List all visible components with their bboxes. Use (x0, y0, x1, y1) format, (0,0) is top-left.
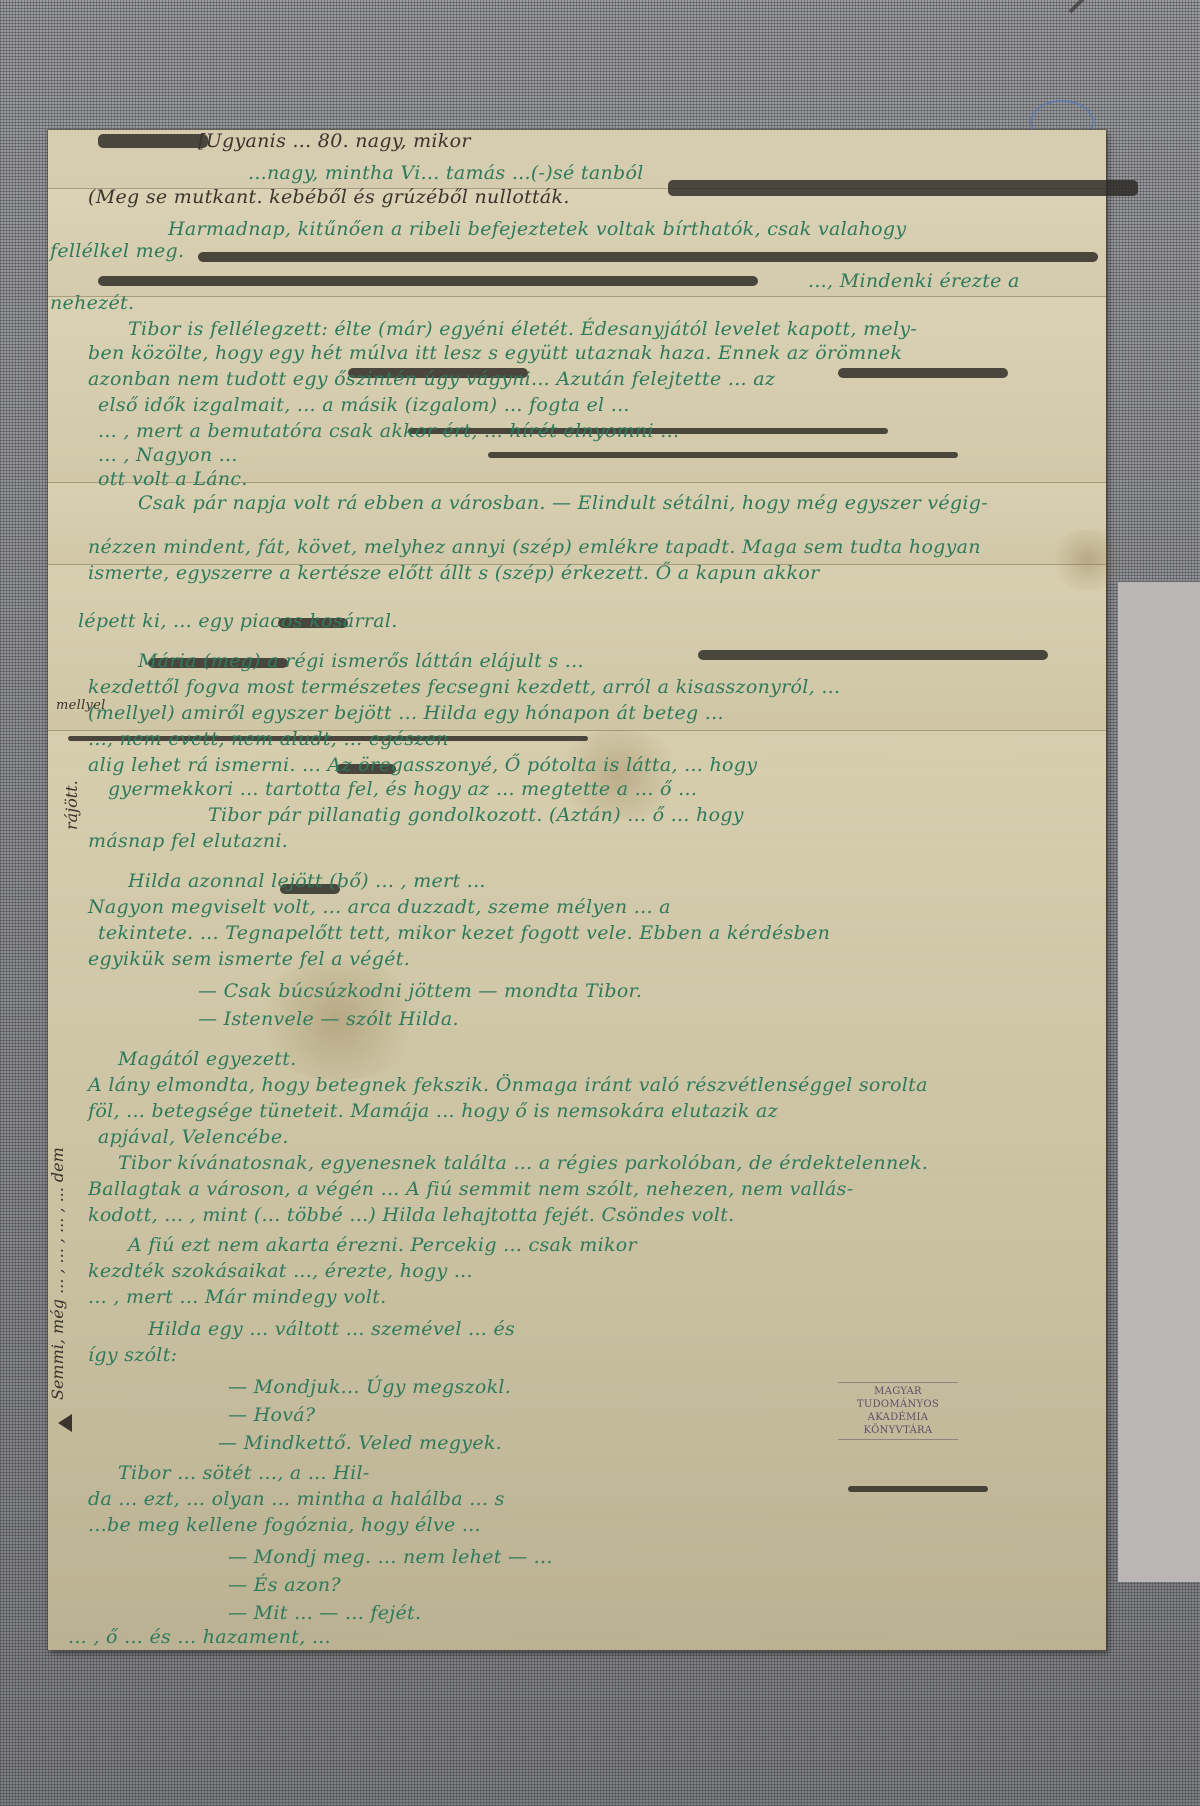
stamp-line: KÖNYVTÁRA (838, 1424, 958, 1437)
text-line: [Ugyanis ... 80. nagy, mikor (198, 130, 471, 152)
text-line: — Mondjuk... Úgy megszokl. (228, 1376, 511, 1398)
stamp-line: TUDOMÁNYOS AKADÉMIA (838, 1398, 958, 1424)
text-line: nehezét. (50, 292, 134, 314)
text-line: Magától egyezett. (118, 1048, 297, 1070)
text-line: ben közölte, hogy egy hét múlva itt lesz… (88, 342, 902, 364)
strikethrough (838, 368, 1008, 378)
strikethrough (668, 180, 1138, 196)
strikethrough (98, 276, 758, 286)
text-line: — Mondj meg. ... nem lehet — ... (228, 1546, 553, 1568)
text-line: — Mindkettő. Veled megyek. (218, 1432, 502, 1454)
text-line: Tibor kívánatosnak, egyenesnek találta .… (118, 1152, 928, 1174)
text-line: azonban nem tudott egy őszintén úgy vágy… (88, 368, 775, 390)
text-line: Tibor is fellélegzett: élte (már) egyéni… (128, 318, 917, 340)
text-line: föl, ... betegsége tüneteit. Mamája ... … (88, 1100, 778, 1122)
text-line: (Meg se mutkant. kebéből és grúzéből nul… (88, 186, 570, 208)
text-line: A fiú ezt nem akarta érezni. Percekig ..… (128, 1234, 637, 1256)
text-line: Hilda egy ... váltott ... szemével ... é… (148, 1318, 515, 1340)
text-line: ..., Mindenki érezte a (808, 270, 1020, 292)
text-line: lépett ki, ... egy piacos kosárral. (78, 610, 398, 632)
text-line: Csak pár napja volt rá ebben a városban.… (138, 492, 988, 514)
text-line: A lány elmondta, hogy betegnek fekszik. … (88, 1074, 928, 1096)
text-line: fellélkel meg. (50, 240, 184, 262)
strikethrough (488, 452, 958, 458)
text-line: gyermekkori ... tartotta fel, és hogy az… (108, 778, 697, 800)
text-line: ... , mert ... Már mindegy volt. (88, 1286, 387, 1308)
strikethrough (848, 1486, 988, 1492)
text-line: Ballagtak a városon, a végén ... A fiú s… (88, 1178, 853, 1200)
text-line: nézzen mindent, fát, követ, melyhez anny… (88, 536, 981, 558)
text-line: Hilda azonnal lejött (bő) ... , mert ... (128, 870, 486, 892)
text-line: kezdték szokásaikat ..., érezte, hogy ..… (88, 1260, 473, 1282)
text-line: — Csak búcsúzkodni jöttem — mondta Tibor… (198, 980, 642, 1002)
margin-note: rájött. (62, 780, 81, 830)
text-line: — Istenvele — szólt Hilda. (198, 1008, 459, 1030)
text-line: ismerte, egyszerre a kertésze előtt állt… (88, 562, 819, 584)
text-line: Tibor pár pillanatig gondolkozott. (Aztá… (208, 804, 744, 826)
strikethrough (198, 252, 1098, 262)
text-line: ..., nem evett, nem aludt, ... egészen (88, 728, 449, 750)
margin-note: mellyel (56, 698, 106, 713)
text-line: alig lehet rá ismerni. ... Az öregasszon… (88, 754, 757, 776)
margin-note: Semmi, még ... , ... , ... , ... dem (48, 1147, 67, 1400)
text-line: da ... ezt, ... olyan ... mintha a halál… (88, 1488, 505, 1510)
text-line: Mária (meg) a régi ismerős láttán elájul… (138, 650, 584, 672)
library-stamp: MAGYAR TUDOMÁNYOS AKADÉMIA KÖNYVTÁRA (838, 1382, 958, 1440)
text-line: Nagyon megviselt volt, ... arca duzzadt,… (88, 896, 671, 918)
text-line: (mellyel) amiről egyszer bejött ... Hild… (88, 702, 724, 724)
text-line: kezdettől fogva most természetes fecsegn… (88, 676, 840, 698)
text-line: ...nagy, mintha Vi... tamás ...(-)sé tan… (248, 162, 644, 184)
ink-stain (1048, 530, 1128, 590)
text-line: másnap fel elutazni. (88, 830, 288, 852)
white-backing-card (1118, 582, 1200, 1582)
text-line: egyikük sem ismerte fel a végét. (88, 948, 410, 970)
text-line: tekintete. ... Tegnapelőtt tett, mikor k… (98, 922, 830, 944)
text-line: ... , Nagyon ... (98, 444, 238, 466)
text-line: kodott, ... , mint (... többé ...) Hilda… (88, 1204, 735, 1226)
strikethrough (698, 650, 1048, 660)
text-line: — És azon? (228, 1574, 341, 1596)
text-line: ... , ő ... és ... hazament, ... (68, 1626, 331, 1648)
text-line: Harmadnap, kitűnően a ribeli befejeztete… (168, 218, 906, 240)
text-line: ... , mert a bemutatóra csak akkor ért, … (98, 420, 679, 442)
text-line: első idők izgalmait, ... a másik (izgalo… (98, 394, 630, 416)
pencil-mark (1069, 0, 1114, 13)
text-line: ott volt a Lánc. (98, 468, 248, 490)
text-line: ...be meg kellene fogóznia, hogy élve ..… (88, 1514, 481, 1536)
text-line: apjával, Velencébe. (98, 1126, 289, 1148)
stamp-line: MAGYAR (838, 1385, 958, 1398)
text-line: — Hová? (228, 1404, 315, 1426)
strikethrough (98, 134, 208, 148)
text-line: — Mit ... — ... fejét. (228, 1602, 421, 1624)
triangle-mark-icon (58, 1414, 72, 1432)
text-line: Tibor ... sötét ..., a ... Hil- (118, 1462, 370, 1484)
text-line: így szólt: (88, 1344, 177, 1366)
